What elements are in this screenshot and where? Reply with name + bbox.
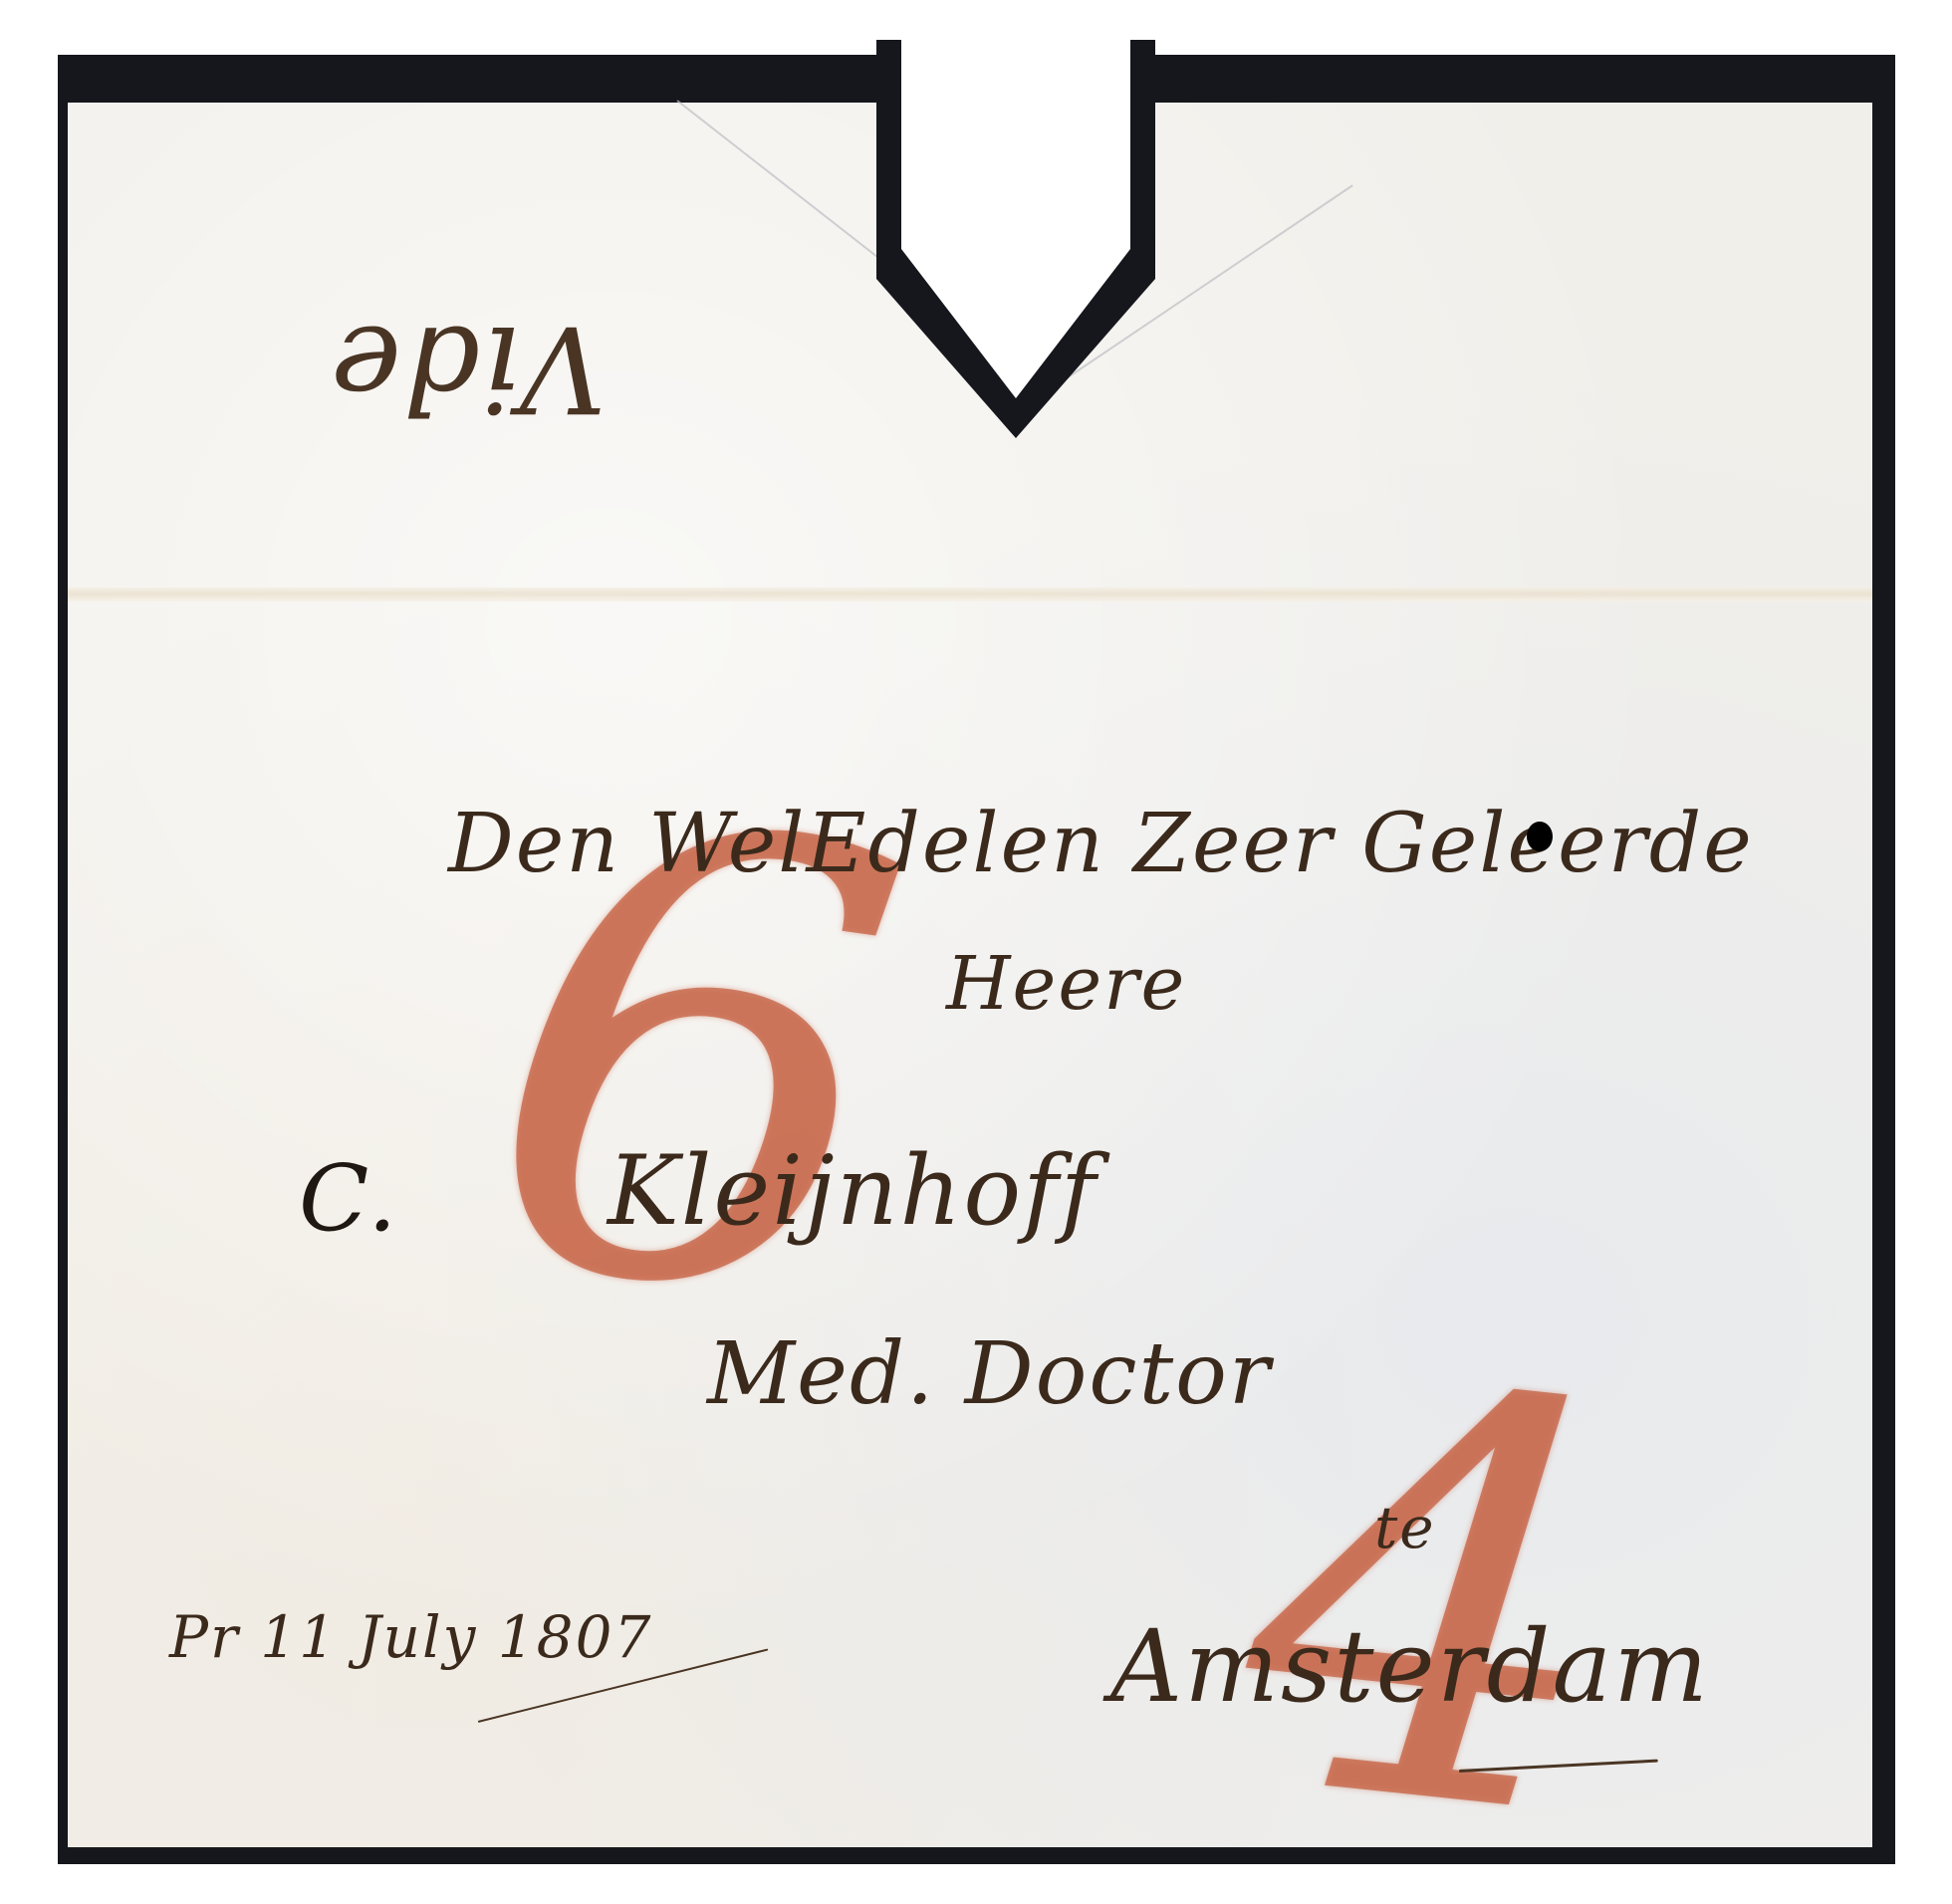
inverted-endorsement: Vide	[329, 299, 607, 437]
address-city: Amsterdam	[1110, 1608, 1710, 1725]
address-salutation: Den WelEdelen Zeer Geleerde	[448, 797, 1754, 891]
address-preposition: te	[1374, 1494, 1436, 1561]
address-name: Kleijnhoff	[608, 1135, 1098, 1247]
sender-date-note: Pr 11 July 1807	[169, 1603, 652, 1671]
punch-hole	[1527, 822, 1553, 851]
address-initial: C.	[299, 1145, 398, 1252]
address-title: Heere	[946, 941, 1186, 1027]
address-profession: Med. Doctor	[707, 1324, 1272, 1424]
mount-top-edge	[1135, 55, 1892, 105]
horizontal-fold-crease	[68, 588, 1872, 601]
red-crayon-rate-mark-4: 4	[1227, 1308, 1638, 1899]
